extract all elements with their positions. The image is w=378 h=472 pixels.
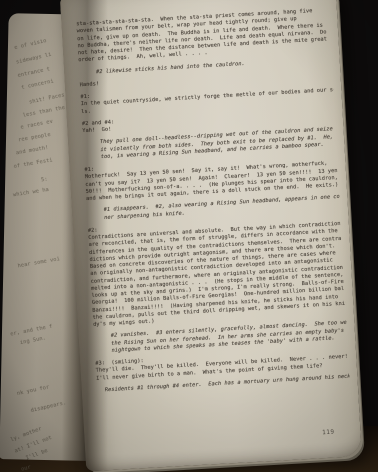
left-page-text-fragment: and mouth! — [16, 145, 49, 157]
left-page-text-fragment: t concerni — [21, 78, 54, 91]
speech-block: #2:Contradictions are universal and abso… — [88, 214, 346, 329]
text-column: sta-sta-sta-sta-sta-sta. When the sta-st… — [76, 7, 349, 395]
left-page-text-fragment: e races ev — [20, 119, 53, 131]
left-page-text-fragment: 5: — [41, 176, 48, 183]
left-page-text-fragment: disappears. — [30, 400, 67, 414]
page-number: 119 — [322, 429, 335, 437]
left-page-text-fragment: sideways li — [16, 52, 53, 66]
left-page-text-fragment: ing Sun. — [19, 335, 46, 346]
left-page-text-fragment: I'll be — [25, 448, 49, 462]
left-page-text-fragment: less than the — [22, 105, 65, 119]
right-page: sta-sta-sta-sta-sta-sta. When the sta-st… — [60, 0, 362, 471]
left-page-text-fragment: hear some voi — [17, 256, 60, 269]
left-page-text-fragment: entrance t — [17, 66, 50, 79]
speech-block: sta-sta-sta-sta-sta-sta. When the sta-st… — [76, 7, 331, 65]
left-page-text-fragment: which we ha — [13, 187, 50, 198]
book-photo: e of visiosideways lientrance tt concern… — [0, 0, 378, 472]
left-page-text-fragment: e of visio — [14, 38, 47, 51]
left-page-text-fragment: ree people — [18, 132, 51, 144]
left-page-text-fragment: shit! Faces — [29, 92, 66, 105]
left-page-text-fragment: er, and the f — [10, 324, 53, 338]
left-page-text-fragment: of the Festi — [13, 157, 53, 170]
left-page-text-fragment: nk you for — [17, 384, 50, 397]
